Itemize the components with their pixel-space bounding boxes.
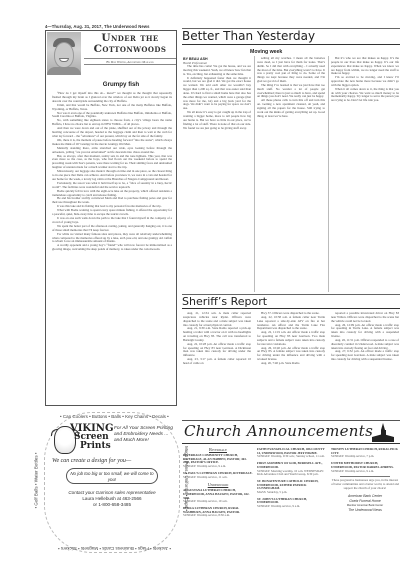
column-body: “How do I get myself into this ob... mes… bbox=[46, 92, 176, 252]
church-listing: St. Paul’s Lutheran Church, Riverdale. S… bbox=[183, 472, 253, 479]
page-folio: 4—Thursday, Aug. 31, 2017, The Underwood… bbox=[45, 24, 150, 29]
church-listing: United Methodist Church, Underwood, Past… bbox=[331, 462, 399, 473]
church-column-2: Faith Evangelical Church, 406 County 14,… bbox=[257, 448, 327, 512]
ad-product-list-left: • Golf Balls • Water Bottles • bbox=[33, 453, 38, 509]
church-listing: St. John’s Lutheran Church, Underwood. S… bbox=[257, 498, 327, 509]
column-byline: By Don Winter, Advertising Manager bbox=[84, 58, 176, 65]
ad-product-list-bottom: • Jackets • Flags • Business Cards • Mag… bbox=[58, 546, 171, 551]
church-listing: Riverdale Community Church, Riverdale, A… bbox=[183, 454, 253, 469]
church-listing: St. Bonaventure Catholic Church, Underwo… bbox=[257, 480, 327, 495]
article-headline: Moving week bbox=[250, 49, 282, 55]
column-title: Under the Cottonwoods bbox=[84, 33, 176, 55]
article-section-title: Better Than Yesterday bbox=[182, 30, 400, 45]
sheriff-report-title: Sheriff’s Report bbox=[182, 296, 400, 309]
ad-logo: VIKING Screen Prints bbox=[70, 424, 114, 451]
columnist-photo bbox=[47, 32, 81, 75]
ad-product-list-top: • Can Coolers • Buttons • Balls • Key Ch… bbox=[60, 414, 169, 419]
article-column-2: selling all my watches. I mean all the b… bbox=[257, 57, 325, 292]
article-column-1: The time has come! We got the house, and… bbox=[183, 65, 251, 292]
ad-callout: No job too big or too small, we will com… bbox=[66, 468, 158, 484]
church-listing: First Assembly of God, Burdsell Ave., Un… bbox=[257, 462, 327, 477]
sheriff-column-2: Hwy 37. Officers were dispatched to the … bbox=[257, 312, 325, 416]
church-icon bbox=[372, 424, 394, 442]
church-announcements-header: Church Announcements bbox=[182, 420, 400, 444]
sponsor-underwood-news: The Underwood News bbox=[331, 508, 399, 513]
church-announcements-title: Church Announcements bbox=[184, 422, 373, 440]
column-box: Under the Cottonwoods By Don Winter, Adv… bbox=[45, 30, 177, 406]
church-listing: Faith Evangelical Church, 406 County 14,… bbox=[257, 448, 327, 459]
ad-script-line: We can create a design for you— bbox=[52, 458, 172, 464]
column-header: Under the Cottonwoods By Don Winter, Adv… bbox=[46, 31, 176, 76]
church-listing: Trinity Lutheran Church, rural Pick City… bbox=[331, 448, 399, 459]
ad-tagline: For All Your Screen Printing and Embroid… bbox=[114, 426, 174, 444]
church-column-3: Trinity Lutheran Church, rural Pick City… bbox=[331, 448, 399, 513]
viking-screen-prints-ad: • Can Coolers • Buttons • Balls • Key Ch… bbox=[42, 410, 182, 555]
sheriff-column-1: Aug. 21, 12:34 a.m. A male caller report… bbox=[183, 312, 251, 416]
church-footer-note: These progressive businesses urge you, i… bbox=[331, 479, 399, 490]
article-column-3: But it’s who we are that makes us happy.… bbox=[331, 57, 399, 292]
church-listing: Augustana Lutheran Church, Underwood, An… bbox=[183, 489, 253, 504]
sheriff-column-3: reported a possible intoxicated driver o… bbox=[331, 312, 399, 416]
column-article-title: Grumpy fish bbox=[66, 81, 176, 88]
ad-contact: Contact your Garrison sales representati… bbox=[52, 490, 172, 508]
church-column-1: Riverdale Riverdale Community Church, Ri… bbox=[183, 446, 253, 521]
church-listing: Berka Lutheran Church, rural Washburn, A… bbox=[183, 507, 253, 518]
